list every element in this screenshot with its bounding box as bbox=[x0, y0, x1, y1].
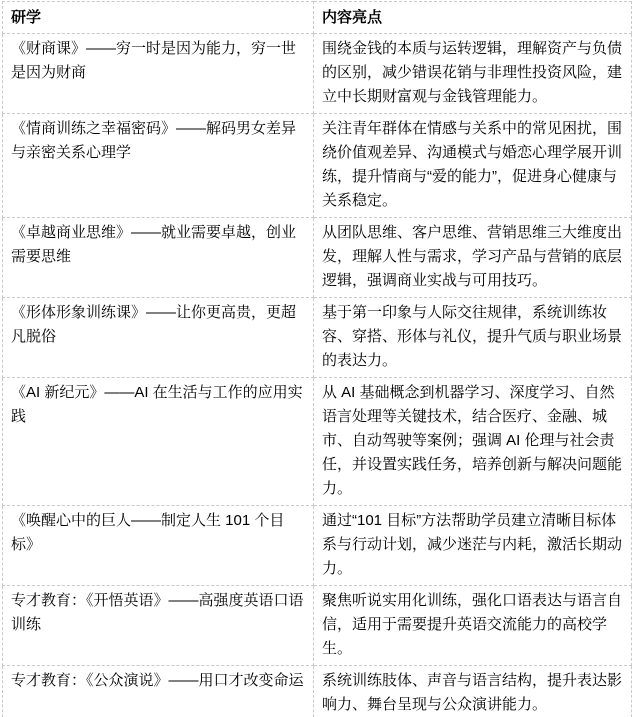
table-row: 专才教育：《公众演说》——用口才改变命运 系统训练肢体、声音与语言结构，提升表达… bbox=[3, 666, 632, 717]
course-title-cell: 《卓越商业思维》——就业需要卓越，创业需要思维 bbox=[3, 218, 314, 298]
course-highlight-cell: 通过“101 目标”方法帮助学员建立清晰目标体系与行动计划，减少迷茫与内耗，激活… bbox=[314, 506, 632, 586]
document-page: 研学 内容亮点 《财商课》——穷一时是因为能力，穷一世是因为财商 围绕金钱的本质… bbox=[0, 0, 634, 717]
course-title-cell: 《AI 新纪元》——AI 在生活与工作的应用实践 bbox=[3, 378, 314, 506]
course-title-cell: 专才教育：《公众演说》——用口才改变命运 bbox=[3, 666, 314, 717]
course-highlight-cell: 系统训练肢体、声音与语言结构，提升表达影响力、舞台呈现与公众演讲能力。 bbox=[314, 666, 632, 717]
table-row: 《情商训练之幸福密码》——解码男女差异与亲密关系心理学 关注青年群体在情感与关系… bbox=[3, 114, 632, 218]
course-table: 研学 内容亮点 《财商课》——穷一时是因为能力，穷一世是因为财商 围绕金钱的本质… bbox=[2, 1, 632, 717]
course-title-cell: 《财商课》——穷一时是因为能力，穷一世是因为财商 bbox=[3, 34, 314, 114]
column-header-highlights: 内容亮点 bbox=[314, 2, 632, 34]
header-row: 研学 内容亮点 bbox=[3, 2, 632, 34]
table-row: 专才教育：《开悟英语》——高强度英语口语训练 聚焦听说实用化训练，强化口语表达与… bbox=[3, 586, 632, 666]
course-title-cell: 《形体形象训练课》——让你更高贵，更超凡脱俗 bbox=[3, 298, 314, 378]
table-row: 《AI 新纪元》——AI 在生活与工作的应用实践 从 AI 基础概念到机器学习、… bbox=[3, 378, 632, 506]
course-highlight-cell: 聚焦听说实用化训练，强化口语表达与语言自信，适用于需要提升英语交流能力的高校学生… bbox=[314, 586, 632, 666]
course-highlight-cell: 关注青年群体在情感与关系中的常见困扰，围绕价值观差异、沟通模式与婚恋心理学展开训… bbox=[314, 114, 632, 218]
column-header-course: 研学 bbox=[3, 2, 314, 34]
course-title-cell: 专才教育：《开悟英语》——高强度英语口语训练 bbox=[3, 586, 314, 666]
table-row: 《唤醒心中的巨人——制定人生 101 个目标》 通过“101 目标”方法帮助学员… bbox=[3, 506, 632, 586]
course-title-cell: 《唤醒心中的巨人——制定人生 101 个目标》 bbox=[3, 506, 314, 586]
course-highlight-cell: 从 AI 基础概念到机器学习、深度学习、自然语言处理等关键技术，结合医疗、金融、… bbox=[314, 378, 632, 506]
table-row: 《财商课》——穷一时是因为能力，穷一世是因为财商 围绕金钱的本质与运转逻辑，理解… bbox=[3, 34, 632, 114]
course-highlight-cell: 围绕金钱的本质与运转逻辑，理解资产与负债的区别，减少错误花销与非理性投资风险，建… bbox=[314, 34, 632, 114]
course-highlight-cell: 基于第一印象与人际交往规律，系统训练妆容、穿搭、形体与礼仪，提升气质与职业场景的… bbox=[314, 298, 632, 378]
course-title-cell: 《情商训练之幸福密码》——解码男女差异与亲密关系心理学 bbox=[3, 114, 314, 218]
course-highlight-cell: 从团队思维、客户思维、营销思维三大维度出发，理解人性与需求，学习产品与营销的底层… bbox=[314, 218, 632, 298]
table-row: 《形体形象训练课》——让你更高贵，更超凡脱俗 基于第一印象与人际交往规律，系统训… bbox=[3, 298, 632, 378]
table-row: 《卓越商业思维》——就业需要卓越，创业需要思维 从团队思维、客户思维、营销思维三… bbox=[3, 218, 632, 298]
